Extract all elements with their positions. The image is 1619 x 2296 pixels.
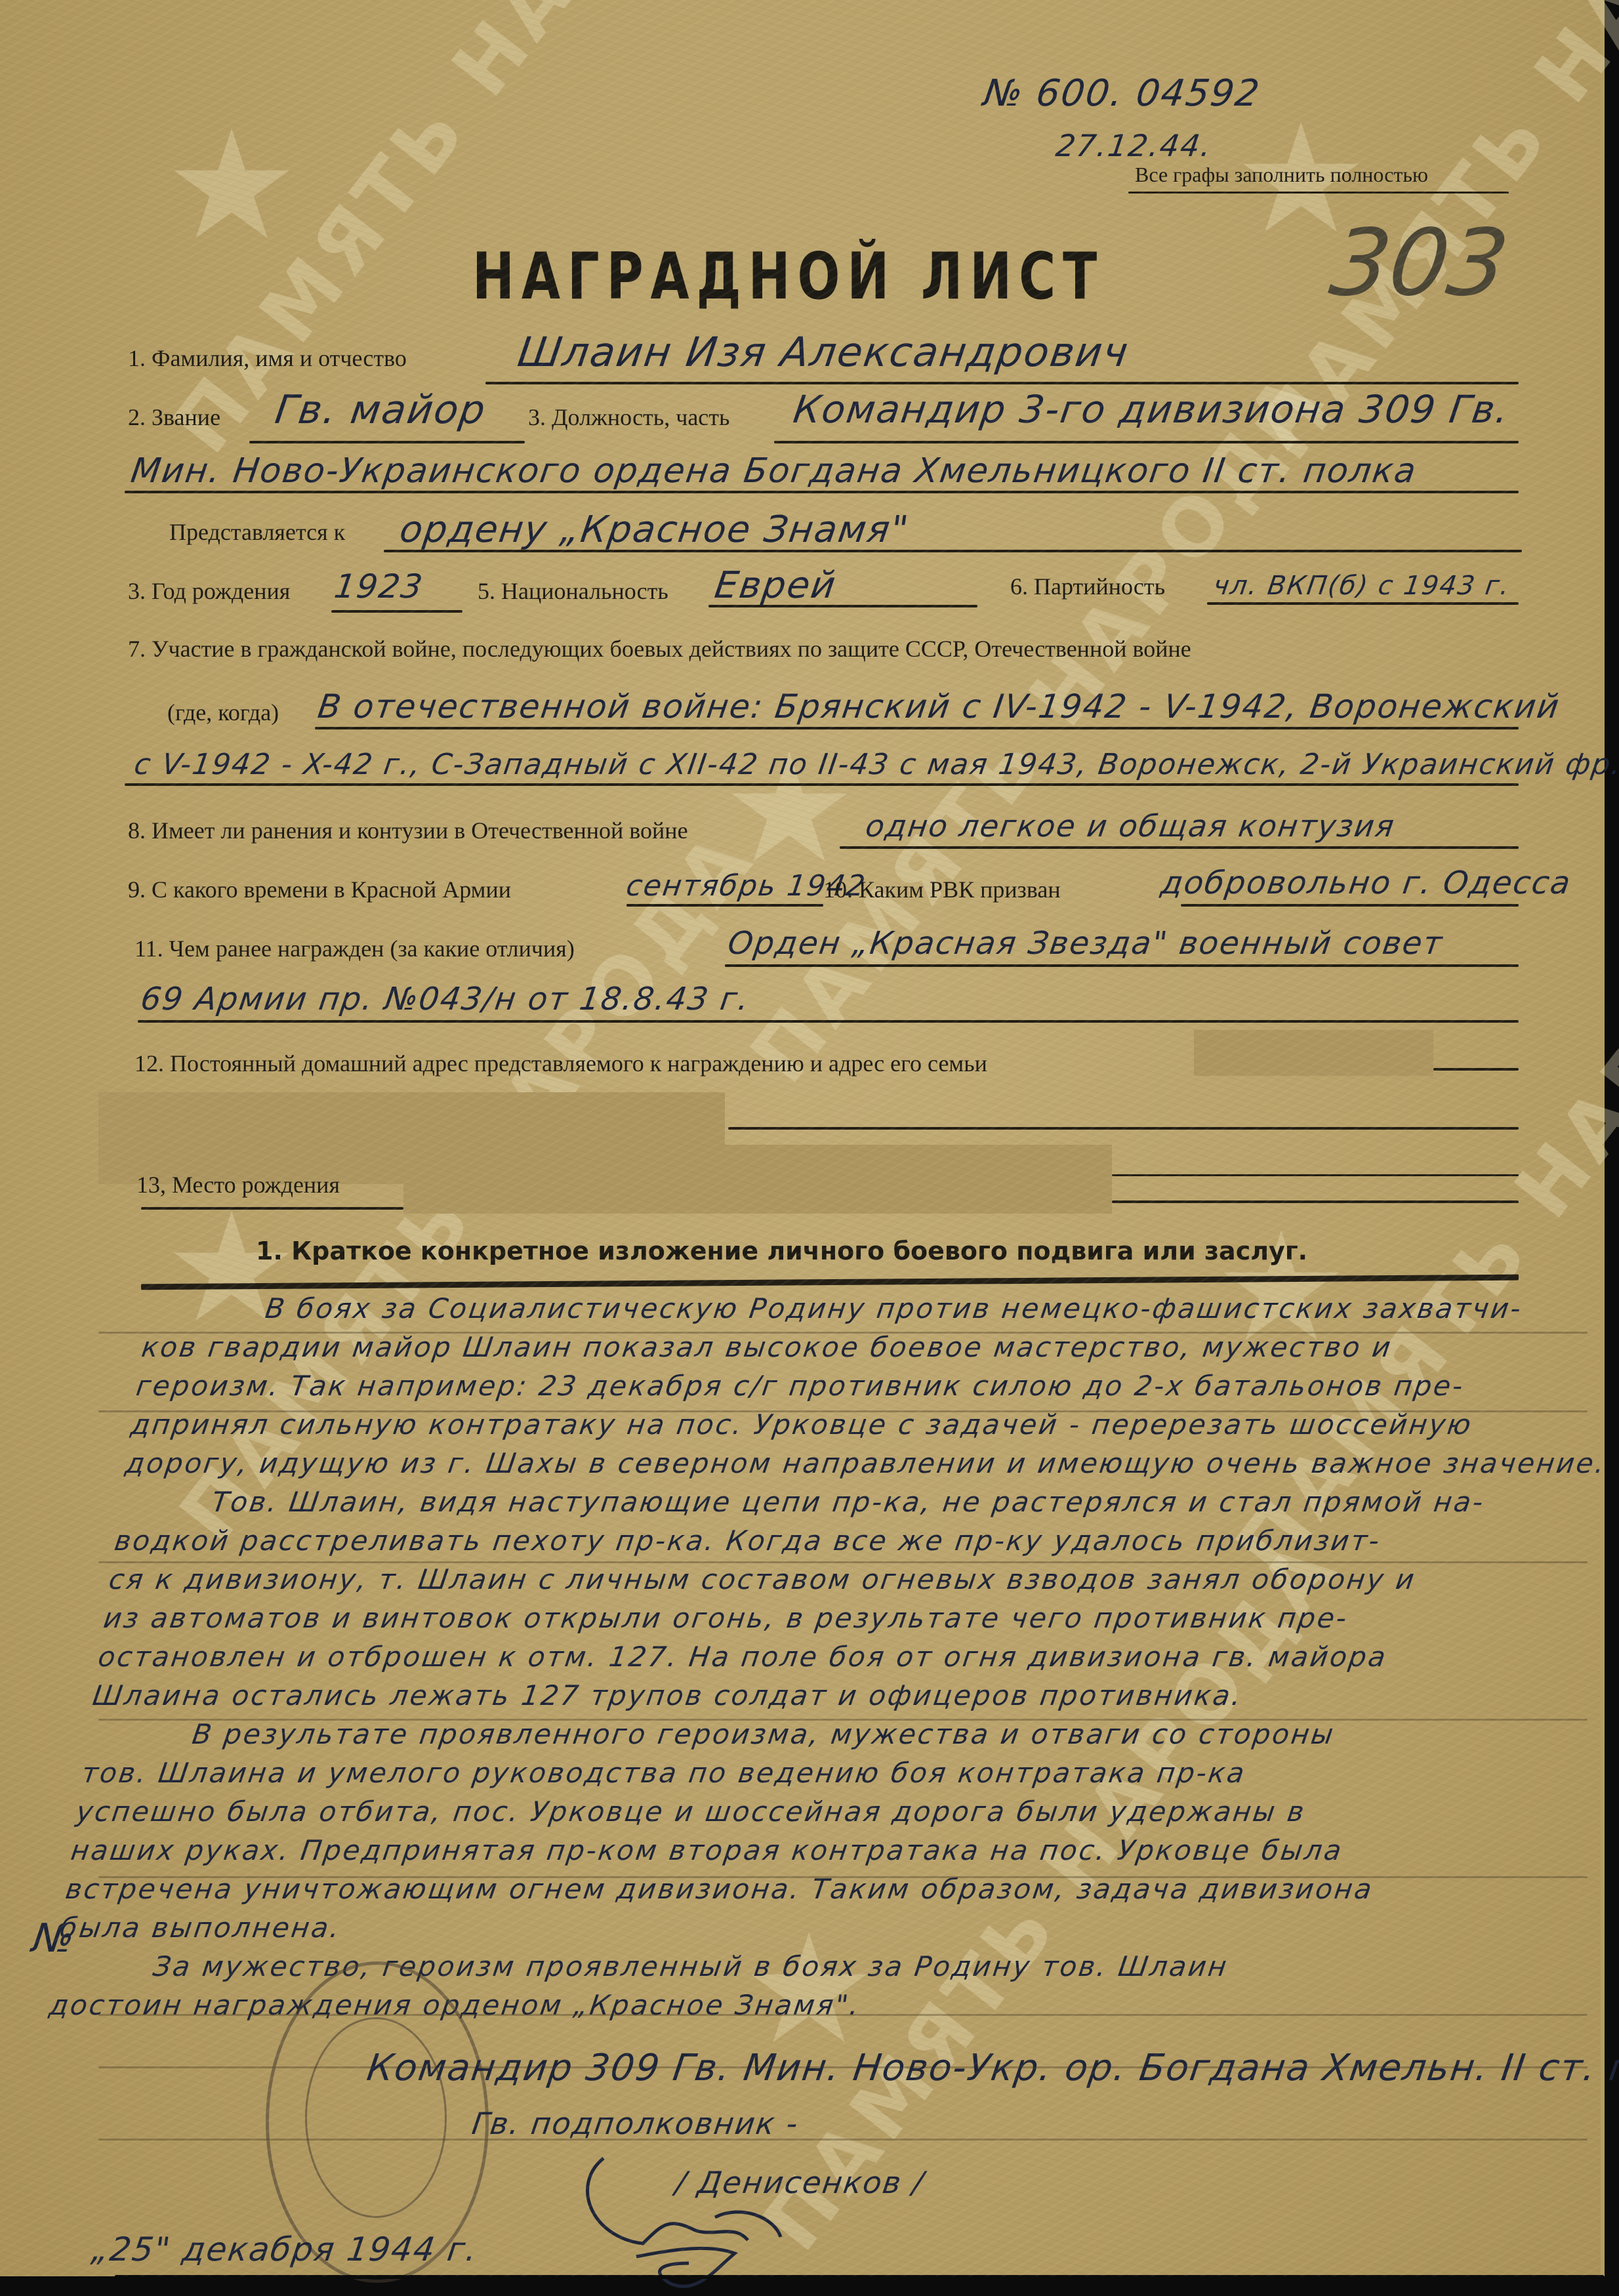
field-8-label: 8. Имеет ли ранения и контузии в Отечест… <box>128 817 688 844</box>
archive-number: № 600. 04592 <box>981 72 1263 115</box>
field-3-label: 3. Должность, часть <box>528 403 729 431</box>
field-11-value: Орден „Красная Звезда" военный совет <box>726 925 1446 962</box>
field-3-value: Командир 3-го дивизиона 309 Гв. <box>790 387 1512 432</box>
field-8-value: одно легкое и общая контузия <box>863 808 1397 844</box>
field-2-value: Гв. майор <box>272 387 489 433</box>
signature-scribble-icon <box>564 2145 859 2296</box>
field-4-value: 1923 <box>332 567 426 605</box>
ruled-line <box>98 1332 1588 1334</box>
ruled-line <box>98 1561 1588 1563</box>
field-3-underline-cont <box>125 491 1519 493</box>
field-11-value-cont: 69 Армии пр. №043/н от 18.8.43 г. <box>138 981 752 1017</box>
field-6-value: чл. ВКП(б) с 1943 г. <box>1212 571 1513 601</box>
redacted-address <box>1194 1030 1433 1076</box>
field-11-label: 11. Чем ранее награжден (за какие отличи… <box>134 935 575 962</box>
award-label: Представляется к <box>169 518 345 546</box>
field-13-underline-right <box>1112 1174 1519 1176</box>
award-underline <box>384 550 1522 552</box>
field-2-underline <box>249 441 525 443</box>
field-9-underline <box>626 904 823 907</box>
field-3-underline <box>774 441 1519 443</box>
field-1-value: Шлаин Изя Александрович <box>515 328 1132 376</box>
field-7-value: В отечественной войне: Брянский с IV-194… <box>316 687 1563 726</box>
field-11-underline-cont <box>138 1020 1519 1023</box>
field-10-value: добровольно г. Одесса <box>1158 865 1574 901</box>
page-title: НАГРАДНОЙ ЛИСТ <box>472 239 1104 314</box>
award-sheet-page: ★ ПАМЯТЬ НАРОДА ★ ПАМЯТЬ НАРОДА ★ ПАМЯТЬ… <box>0 0 1605 2276</box>
field-7-value-cont: с V-1942 - X-42 г., С-Западный с XII-42 … <box>132 748 1619 781</box>
field-13-label: 13, Место рождения <box>136 1171 340 1199</box>
field-11-underline <box>725 964 1519 967</box>
field-12-underline <box>1433 1068 1519 1071</box>
field-5-label: 5. Национальность <box>478 577 668 605</box>
archive-date: 27.12.44. <box>1054 128 1214 163</box>
field-2-label: 2. Звание <box>128 403 220 431</box>
field-6-underline <box>1207 602 1519 605</box>
field-4-underline <box>331 610 462 613</box>
field-4-label: 3. Год рождения <box>128 577 290 605</box>
section-title: 1. Краткое конкретное изложение личного … <box>256 1237 1307 1265</box>
award-value: ордену „Красное Знамя" <box>397 508 912 551</box>
field-7-label-cont: (где, когда) <box>167 699 279 726</box>
signer-rank: Гв. подполковник - <box>470 2106 801 2141</box>
ruled-line <box>98 1876 1588 1878</box>
field-12-label: 12. Постоянный домашний адрес представля… <box>134 1050 987 1077</box>
field-7-underline <box>315 727 1519 729</box>
field-1-underline <box>485 382 1519 384</box>
margin-mark: № <box>30 1916 78 1961</box>
signer-position: Командир 309 Гв. Мин. Ново-Укр. ор. Богд… <box>364 2047 1619 2089</box>
ruled-line <box>98 1719 1588 1721</box>
field-8-underline <box>840 846 1519 849</box>
signature-date: „25" декабря 1944 г. <box>89 2230 481 2268</box>
field-7-underline-cont <box>125 783 1519 786</box>
field-6-label: 6. Партийность <box>1010 573 1165 600</box>
field-5-value: Еврей <box>712 564 839 607</box>
redacted-birthplace <box>403 1145 1112 1214</box>
instruction-text: Все графы заполнить полностью <box>1135 163 1428 187</box>
field-13-underline-right-2 <box>1112 1200 1519 1203</box>
field-12-underline-cont <box>728 1127 1519 1130</box>
field-10-underline <box>1181 904 1519 907</box>
divider <box>1128 192 1509 194</box>
field-1-label: 1. Фамилия, имя и отчество <box>128 344 407 372</box>
page-edge <box>115 2275 1604 2279</box>
field-5-underline <box>708 605 977 607</box>
field-9-label: 9. С какого времени в Красной Армии <box>128 876 511 903</box>
field-13-underline <box>141 1207 403 1210</box>
field-7-label: 7. Участие в гражданской войне, последую… <box>128 635 1191 663</box>
merit-description: В боях за Социалистическую Родину против… <box>98 1289 1588 2024</box>
field-3-value-cont: Мин. Ново-Украинского ордена Богдана Хме… <box>129 451 1420 491</box>
watermark-star-icon: ★ <box>164 112 299 262</box>
ruled-line <box>98 1410 1588 1412</box>
field-10-label: 10. Каким РВК призван <box>823 876 1061 903</box>
pencil-number: 303 <box>1324 210 1515 317</box>
